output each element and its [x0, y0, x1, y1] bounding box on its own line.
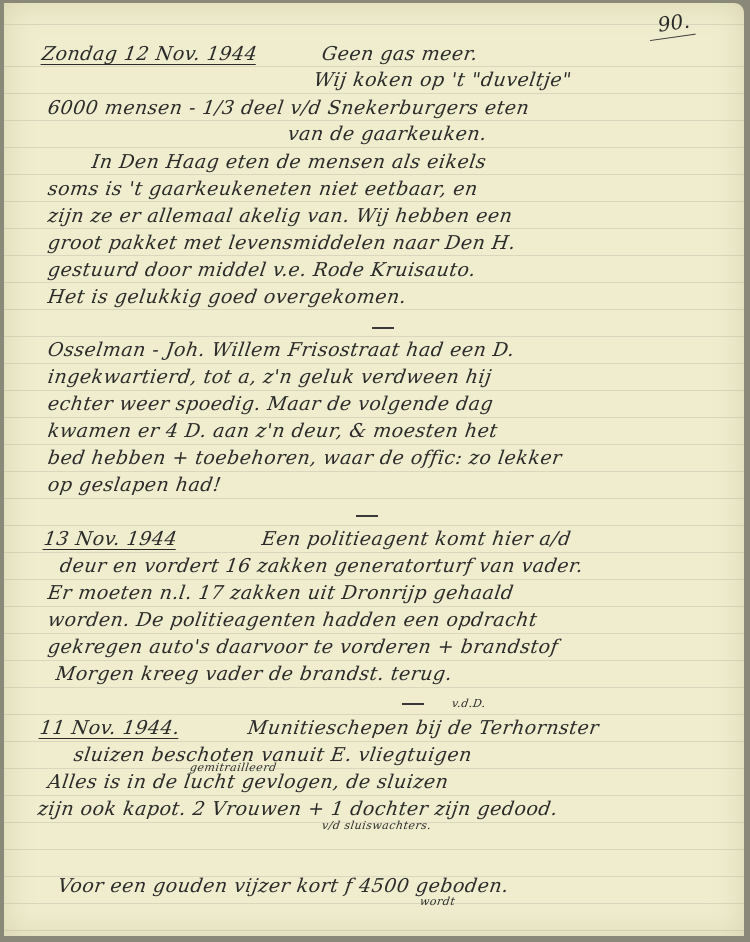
entry-date: 11 Nov. 1944.	[38, 717, 181, 739]
diary-line: Een politieagent komt hier a/d	[260, 528, 572, 550]
entry-date: Zondag 12 Nov. 1944	[40, 43, 258, 65]
diary-line: zijn ook kapot. 2 Vrouwen + 1 dochter zi…	[36, 798, 559, 820]
diary-line: Geen gas meer.	[320, 43, 479, 65]
diary-line: Voor een gouden vijzer kort f 4500 gebod…	[56, 875, 510, 897]
section-divider	[402, 703, 424, 705]
diary-line: Munitieschepen bij de Terhornster	[246, 717, 600, 739]
diary-line: Er moeten n.l. 17 zakken uit Dronrijp ge…	[46, 582, 515, 604]
diary-line: kwamen er 4 D. aan z'n deur, & moesten h…	[46, 420, 499, 442]
notebook-page: 90. Zondag 12 Nov. 1944 Geen gas meer. W…	[4, 3, 744, 936]
section-divider	[372, 327, 394, 329]
diary-line: van de gaarkeuken.	[286, 123, 488, 145]
diary-line: Osselman - Joh. Willem Frisostraat had e…	[46, 339, 516, 361]
annotation-above: v.d.D.	[451, 697, 487, 710]
diary-line: worden. De politieagenten hadden een opd…	[46, 609, 538, 631]
diary-line: 6000 mensen - 1/3 deel v/d Snekerburgers…	[46, 97, 530, 119]
diary-line: Wij koken op 't "duveltje"	[312, 69, 573, 91]
page-number: 90.	[647, 8, 696, 41]
diary-line: op geslapen had!	[46, 474, 222, 496]
diary-line: Het is gelukkig goed overgekomen.	[46, 286, 407, 308]
section-divider	[356, 515, 378, 517]
diary-line: bed hebben + toebehoren, waar de offic: …	[46, 447, 563, 469]
diary-line: Morgen kreeg vader de brandst. terug.	[54, 663, 453, 685]
entry-date: 13 Nov. 1944	[42, 528, 178, 550]
diary-line: gestuurd door middel v.e. Rode Kruisauto…	[46, 259, 477, 281]
diary-line: zijn ze er allemaal akelig van. Wij hebb…	[46, 205, 514, 227]
diary-line: echter weer spoedig. Maar de volgende da…	[46, 393, 494, 415]
diary-line: groot pakket met levensmiddelen naar Den…	[46, 232, 517, 254]
annotation-inserted: wordt	[419, 895, 456, 908]
diary-line: soms is 't gaarkeukeneten niet eetbaar, …	[46, 178, 479, 200]
diary-line: ingekwartierd, tot a, z'n geluk verdween…	[46, 366, 493, 388]
diary-line: deur en vordert 16 zakken generatorturf …	[58, 555, 584, 577]
annotation-below: v/d sluiswachters.	[321, 819, 432, 832]
diary-line: Alles is in de lucht gevlogen, de sluize…	[46, 771, 449, 793]
diary-line: In Den Haag eten de mensen als eikels	[90, 151, 487, 173]
diary-line: gekregen auto's daarvoor te vorderen + b…	[46, 636, 559, 658]
